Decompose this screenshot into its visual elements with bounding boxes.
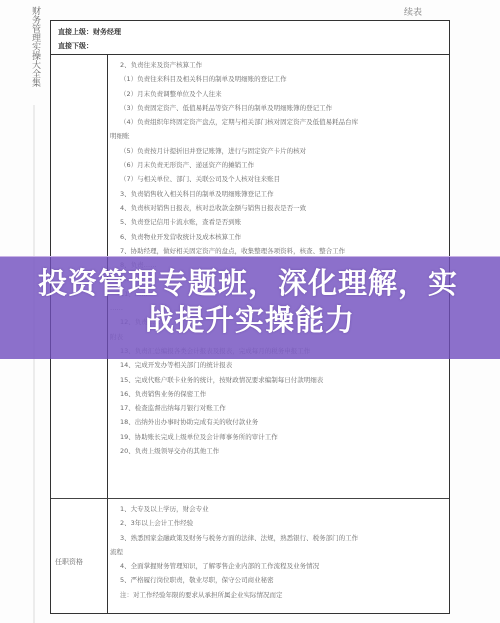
duty-line: 19、协助账长完成上级单位及会计师事务所的审计工作 xyxy=(108,430,448,444)
duty-line: （6）月末负责无形资产、递延资产的摊销工作 xyxy=(108,158,448,172)
book-side-title: 财务管理实操大全集 xyxy=(26,6,40,87)
duty-line: 17、检查监督出纳每月银行对账工作 xyxy=(108,401,448,415)
qualification-line: 4、全面掌握财务管理知识，了解零售企业内部的工作流程及业务情况 xyxy=(108,559,448,573)
qualification-line: 流程 xyxy=(108,545,448,559)
duty-line: 2、负责往来及资产核算工作 xyxy=(108,58,448,72)
qualification-line: 5、严格履行岗位职责，敬业尽职，保守公司商业秘密 xyxy=(108,573,448,587)
duty-line: （4）负责组织年终固定资产盘点，定期与相关部门核对固定资产及低值易耗品台库 xyxy=(108,115,448,129)
duty-line: （5）负责按月计提折旧并登记账簿，进行与固定资产卡片的核对 xyxy=(108,144,448,158)
duty-line: 18、出纳外出办事时协助完成有关的收付款业务 xyxy=(108,415,448,429)
margin-rule xyxy=(33,105,35,623)
qualification-line: 1、大专及以上学历，财会专业 xyxy=(108,502,448,516)
direct-superior: 直接上级：财务经理 xyxy=(58,27,121,37)
section-divider xyxy=(51,498,449,499)
qualifications-label: 任职资格 xyxy=(55,557,105,567)
duty-line: 4、负责核对销售日报表，核对总收款金额与销售日报表是否一致 xyxy=(108,201,448,215)
duty-line: （1）负责往来科目及相关科目的制单及明细账的登记工作 xyxy=(108,72,448,86)
table-header-row: 直接上级：财务经理 直接下级： xyxy=(51,21,449,55)
duty-line: 15、完成代账户联卡业务的统计，按财政情况要求编制每日付款明细表 xyxy=(108,373,448,387)
banner-title-line-1: 投资管理专题班，深化理解，实 xyxy=(0,265,500,302)
qualifications-list: 1、大专及以上学历，财会专业2、3年以上会计工作经验3、熟悉国家金融政策及财务与… xyxy=(108,502,448,602)
continued-label: 续表 xyxy=(404,5,422,18)
duty-line: 6、负责物业开发营收统计及成本核算工作 xyxy=(108,230,448,244)
duty-line: 3、负责销售收入相关科目的制单及明细账簿登记工作 xyxy=(108,187,448,201)
duty-line: （2）月末负责调整单位及个人往来 xyxy=(108,87,448,101)
duty-line: 明细账 xyxy=(108,129,448,143)
qualification-line: 2、3年以上会计工作经验 xyxy=(108,516,448,530)
qualification-line: 注：对工作经验年限的要求从承担所属企业实际情况而定 xyxy=(108,588,448,602)
duty-line: （3）负责固定资产、低值易耗品等资产科目的制单及明细账簿的登记工作 xyxy=(108,101,448,115)
duty-line: 16、负责销售业务的保密工作 xyxy=(108,387,448,401)
qualification-line: 3、熟悉国家金融政策及财务与税务方面的法律、法规，熟悉银行、税务部门的工作 xyxy=(108,531,448,545)
banner-title-line-2: 战提升实操能力 xyxy=(0,302,500,339)
duty-line: （7）与相关单位、部门、关联公司及个人核对往来账目 xyxy=(108,172,448,186)
duty-line: 14、完成开发办等相关部门的统计报表 xyxy=(108,358,448,372)
banner-title: 投资管理专题班，深化理解，实 战提升实操能力 xyxy=(0,265,500,339)
duty-line: 20、负责上级领导交办的其他工作 xyxy=(108,444,448,458)
direct-subordinate: 直接下级： xyxy=(58,41,93,51)
duty-line: 5、负责登记信用卡流水账，查看是否到账 xyxy=(108,215,448,229)
title-banner: 投资管理专题班，深化理解，实 战提升实操能力 xyxy=(0,256,500,359)
